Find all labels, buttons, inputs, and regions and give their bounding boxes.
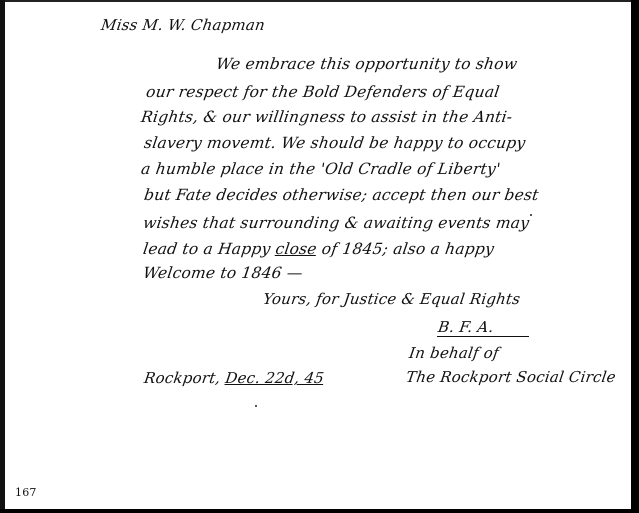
scan-border-top	[0, 0, 639, 2]
body-line-8-after: of 1845; also a happy	[315, 240, 495, 258]
body-line-9: Welcome to 1846 —	[142, 264, 304, 282]
ink-speck	[530, 214, 532, 216]
signature-initials: B. F. A.	[437, 318, 495, 336]
salutation: Miss M. W. Chapman	[100, 16, 266, 34]
date: Dec. 22d, 45	[224, 369, 325, 387]
scan-border-right	[631, 0, 639, 513]
ink-speck	[255, 405, 257, 407]
body-line-8: lead to a Happy close of 1845; also a ha…	[142, 240, 495, 258]
body-line-5: a humble place in the 'Old Cradle of Lib…	[140, 160, 502, 178]
body-line-8-before: lead to a Happy	[142, 240, 277, 258]
body-line-2: our respect for the Bold Defenders of Eq…	[145, 83, 501, 101]
body-line-4: slavery movemt. We should be happy to oc…	[143, 134, 527, 152]
signature-underline	[437, 336, 529, 337]
body-line-6: but Fate decides otherwise; accept then …	[143, 186, 540, 204]
scan-border-left	[0, 0, 5, 513]
organization-name: The Rockport Social Circle	[405, 368, 617, 386]
behalf-label: In behalf of	[408, 344, 500, 362]
place-and-date: Rockport, Dec. 22d, 45	[143, 369, 325, 387]
body-line-7: wishes that surrounding & awaiting event…	[142, 214, 530, 232]
body-line-1: We embrace this opportunity to show	[215, 55, 519, 73]
page-number: 167	[15, 486, 37, 499]
underlined-word-close: close	[274, 240, 318, 258]
body-line-3: Rights, & our willingness to assist in t…	[140, 108, 514, 126]
scan-border-bottom	[0, 509, 639, 513]
closing: Yours, for Justice & Equal Rights	[262, 290, 522, 308]
place: Rockport,	[143, 369, 222, 387]
letter-page: Miss M. W. Chapman We embrace this oppor…	[0, 0, 639, 513]
